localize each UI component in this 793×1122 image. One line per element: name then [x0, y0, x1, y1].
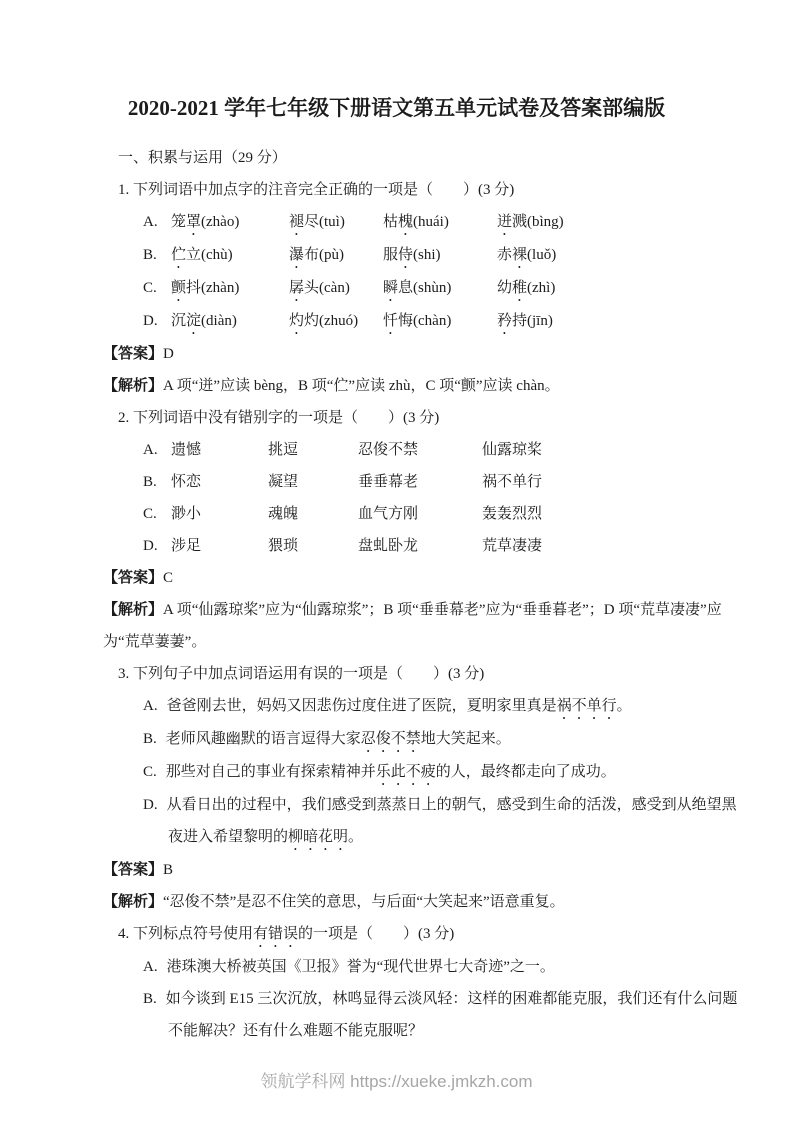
- option-text: 那些对自己的事业有探索精神并乐此不疲的人，最终都走向了成功。: [166, 764, 616, 780]
- question-2-explanation: 【解析】A 项“仙露琼桨”应为“仙露琼浆”；B 项“垂垂幕老”应为“垂垂暮老”；…: [103, 594, 743, 658]
- option-text: 爸爸刚去世，妈妈又因悲伤过度住进了医院，夏明家里真是祸不单行。: [167, 698, 632, 714]
- question-1-option-row-d: D. 沉淀(diàn) 灼灼(zhuó) 忏悔(chàn) 矜持(jīn): [143, 305, 743, 338]
- answer-marker: 【答案】: [103, 570, 163, 586]
- option-label: C.: [143, 764, 157, 780]
- question-2-option-row-a: A. 遗憾 挑逗 忍俊不禁 仙露琼桨: [143, 434, 743, 466]
- question-2-answer: 【答案】C: [103, 562, 743, 594]
- question-4-stem: 4. 下列标点符号使用有错误的一项是（ ）(3 分): [118, 918, 743, 951]
- option-cell: 褪尽(tuì): [289, 206, 383, 239]
- question-1-answer: 【答案】D: [103, 338, 743, 370]
- option-cell: 孱头(càn): [289, 272, 383, 305]
- option-cell: 涉足: [171, 530, 268, 562]
- option-cell: 沉淀(diàn): [171, 305, 289, 338]
- option-cell: 荒草凄凄: [482, 530, 743, 562]
- option-label: D.: [143, 530, 171, 562]
- option-label: B.: [143, 731, 157, 747]
- option-label: A.: [143, 698, 158, 714]
- explanation-text: A 项“仙露琼桨”应为“仙露琼浆”；B 项“垂垂幕老”应为“垂垂暮老”；D 项“…: [103, 602, 722, 650]
- explanation-text: “忍俊不禁”是忍不住笑的意思，与后面“大笑起来”语意重复。: [163, 894, 565, 910]
- option-cell: 垂垂幕老: [358, 466, 482, 498]
- option-label: B.: [143, 239, 171, 272]
- question-1-explanation: 【解析】A 项“迸”应读 bèng，B 项“伫”应读 zhù，C 项“颤”应读 …: [103, 370, 743, 402]
- answer-marker: 【答案】: [103, 862, 163, 878]
- option-cell: 瀑布(pù): [289, 239, 383, 272]
- option-text: 港珠澳大桥被英国《卫报》誉为“现代世界七大奇迹”之一。: [167, 959, 555, 975]
- question-3-stem: 3. 下列句子中加点词语运用有误的一项是（ ）(3 分): [118, 658, 743, 690]
- option-label: C.: [143, 498, 171, 530]
- question-1-option-row-c: C. 颤抖(zhàn) 孱头(càn) 瞬息(shùn) 幼稚(zhì): [143, 272, 743, 305]
- option-text: 从看日出的过程中，我们感受到蒸蒸日上的朝气，感受到生命的活泼，感受到从绝望黑夜进…: [167, 797, 737, 845]
- question-2-stem: 2. 下列词语中没有错别字的一项是（ ）(3 分): [118, 402, 743, 434]
- option-cell: 枯槐(huái): [383, 206, 497, 239]
- option-cell: 魂魄: [268, 498, 358, 530]
- explanation-marker: 【解析】: [103, 378, 163, 394]
- question-2-option-row-d: D. 涉足 猥琐 盘虬卧龙 荒草凄凄: [143, 530, 743, 562]
- watermark-footer: 领航学科网 https://xueke.jmkzh.com: [0, 1070, 793, 1094]
- option-cell: 忏悔(chàn): [383, 305, 497, 338]
- option-label: A.: [143, 959, 158, 975]
- question-3-option-c: C.那些对自己的事业有探索精神并乐此不疲的人，最终都走向了成功。: [143, 756, 743, 789]
- option-label: A.: [143, 206, 171, 239]
- question-1-stem: 1. 下列词语中加点字的注音完全正确的一项是（ ）(3 分): [118, 174, 743, 206]
- question-1-option-row-a: A. 笼罩(zhào) 褪尽(tuì) 枯槐(huái) 迸溅(bìng): [143, 206, 743, 239]
- section-heading: 一、积累与运用（29 分）: [118, 142, 743, 174]
- option-cell: 灼灼(zhuó): [289, 305, 383, 338]
- explanation-marker: 【解析】: [103, 602, 163, 618]
- question-3-option-d: D.从看日出的过程中，我们感受到蒸蒸日上的朝气，感受到生命的活泼，感受到从绝望黑…: [143, 789, 743, 854]
- option-cell: 笼罩(zhào): [171, 206, 289, 239]
- option-cell: 猥琐: [268, 530, 358, 562]
- option-cell: 渺小: [171, 498, 268, 530]
- option-cell: 怀恋: [171, 466, 268, 498]
- explanation-text: A 项“迸”应读 bèng，B 项“伫”应读 zhù，C 项“颤”应读 chàn…: [163, 378, 560, 394]
- question-2-option-row-c: C. 渺小 魂魄 血气方刚 轰轰烈烈: [143, 498, 743, 530]
- document-page: 2020-2021 学年七年级下册语文第五单元试卷及答案部编版 一、积累与运用（…: [0, 0, 793, 1122]
- explanation-marker: 【解析】: [103, 894, 163, 910]
- option-label: A.: [143, 434, 171, 466]
- option-cell: 颤抖(zhàn): [171, 272, 289, 305]
- option-text: 老师风趣幽默的语言逗得大家忍俊不禁地大笑起来。: [166, 731, 511, 747]
- option-label: D.: [143, 305, 171, 338]
- option-cell: 幼稚(zhì): [497, 272, 743, 305]
- option-label: C.: [143, 272, 171, 305]
- option-cell: 轰轰烈烈: [482, 498, 743, 530]
- answer-marker: 【答案】: [103, 346, 163, 362]
- option-cell: 迸溅(bìng): [497, 206, 743, 239]
- answer-value: D: [163, 346, 174, 362]
- option-cell: 矜持(jīn): [497, 305, 743, 338]
- question-2-option-row-b: B. 怀恋 凝望 垂垂幕老 祸不单行: [143, 466, 743, 498]
- document-content: 2020-2021 学年七年级下册语文第五单元试卷及答案部编版 一、积累与运用（…: [103, 0, 743, 1047]
- question-4-option-b: B.如今谈到 E15 三次沉放，林鸣显得云淡风轻：这样的困难都能克服，我们还有什…: [143, 983, 743, 1047]
- question-3-option-a: A.爸爸刚去世，妈妈又因悲伤过度住进了医院，夏明家里真是祸不单行。: [143, 690, 743, 723]
- option-label: B.: [143, 991, 157, 1007]
- question-3-explanation: 【解析】“忍俊不禁”是忍不住笑的意思，与后面“大笑起来”语意重复。: [103, 886, 743, 918]
- option-label: B.: [143, 466, 171, 498]
- option-cell: 服侍(shi): [383, 239, 497, 272]
- option-cell: 忍俊不禁: [358, 434, 482, 466]
- answer-value: B: [163, 862, 173, 878]
- question-3-option-b: B.老师风趣幽默的语言逗得大家忍俊不禁地大笑起来。: [143, 723, 743, 756]
- option-cell: 祸不单行: [482, 466, 743, 498]
- option-cell: 遗憾: [171, 434, 268, 466]
- question-4-option-a: A.港珠澳大桥被英国《卫报》誉为“现代世界七大奇迹”之一。: [143, 951, 743, 983]
- option-text: 如今谈到 E15 三次沉放，林鸣显得云淡风轻：这样的困难都能克服，我们还有什么问…: [166, 991, 738, 1039]
- option-cell: 伫立(chù): [171, 239, 289, 272]
- question-1-options: A. 笼罩(zhào) 褪尽(tuì) 枯槐(huái) 迸溅(bìng) B.…: [103, 206, 743, 338]
- question-1-option-row-b: B. 伫立(chù) 瀑布(pù) 服侍(shi) 赤裸(luǒ): [143, 239, 743, 272]
- option-cell: 赤裸(luǒ): [497, 239, 743, 272]
- option-cell: 挑逗: [268, 434, 358, 466]
- option-label: D.: [143, 797, 158, 813]
- option-cell: 盘虬卧龙: [358, 530, 482, 562]
- page-title: 2020-2021 学年七年级下册语文第五单元试卷及答案部编版: [0, 93, 793, 123]
- option-cell: 瞬息(shùn): [383, 272, 497, 305]
- answer-value: C: [163, 570, 173, 586]
- option-cell: 仙露琼桨: [482, 434, 743, 466]
- option-cell: 凝望: [268, 466, 358, 498]
- question-3-answer: 【答案】B: [103, 854, 743, 886]
- option-cell: 血气方刚: [358, 498, 482, 530]
- question-2-options: A. 遗憾 挑逗 忍俊不禁 仙露琼桨 B. 怀恋 凝望 垂垂幕老 祸不单行 C.…: [103, 434, 743, 562]
